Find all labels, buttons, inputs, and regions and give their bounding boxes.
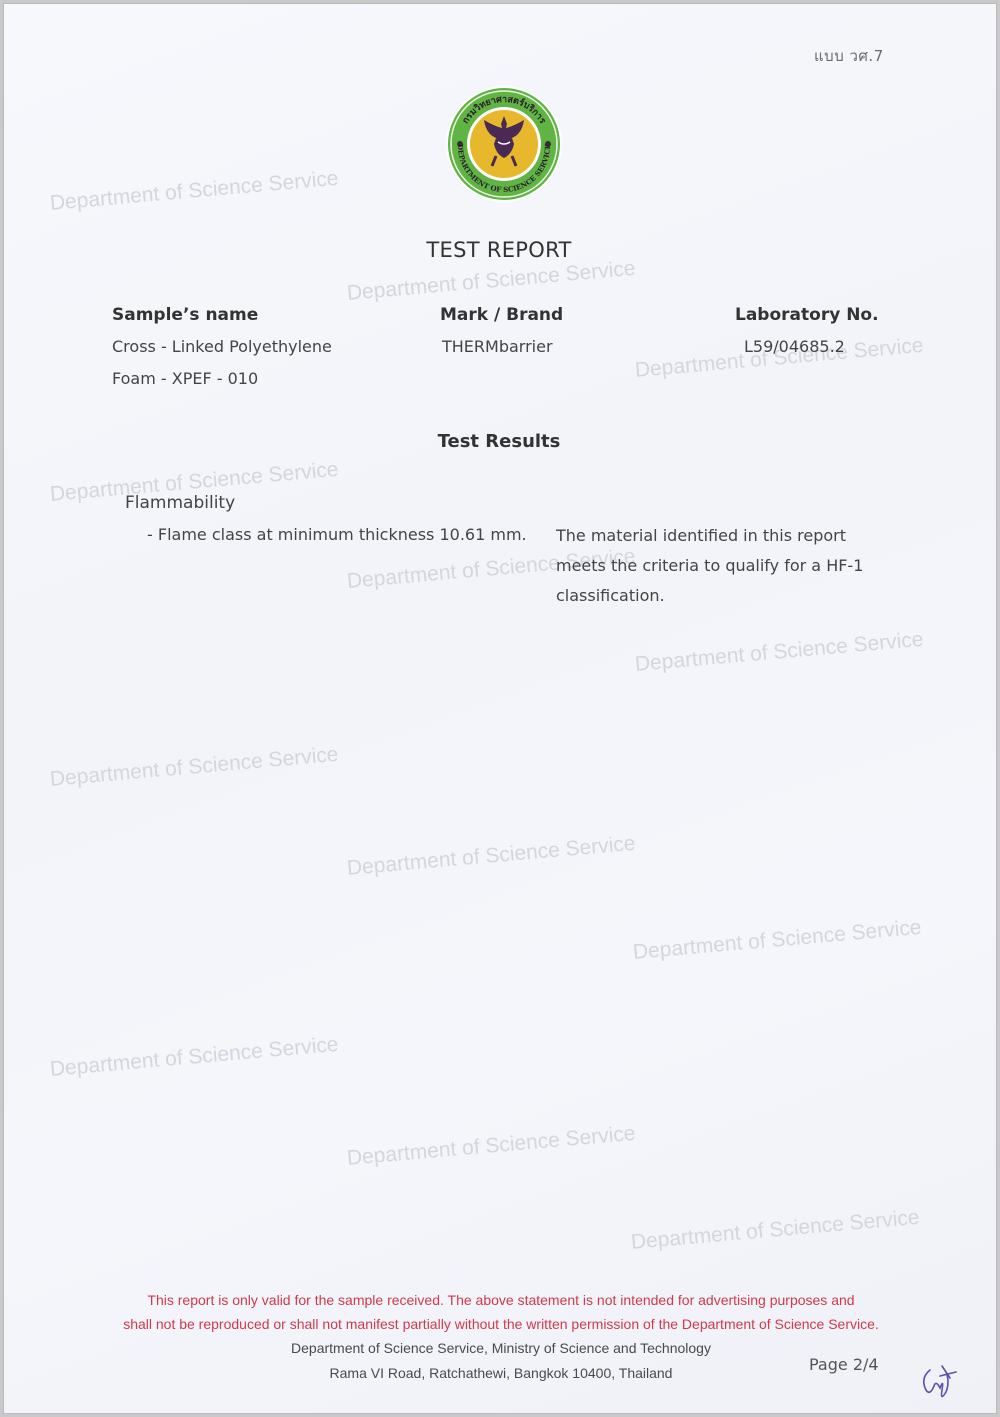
sample-name-line-2: Foam - XPEF - 010 [112, 369, 258, 388]
watermark: Department of Science Service [346, 1122, 636, 1171]
brand-value: THERMbarrier [442, 337, 553, 356]
watermark: Department of Science Service [346, 257, 636, 306]
signature-mark [916, 1356, 966, 1406]
lab-no-value: L59/04685.2 [744, 337, 845, 356]
result-line: The material identified in this report [556, 526, 846, 545]
page-number: Page 2/4 [809, 1355, 879, 1374]
watermark: Department of Science Service [634, 628, 924, 677]
test-item: - Flame class at minimum thickness 10.61… [147, 525, 527, 544]
test-category: Flammability [125, 493, 235, 513]
results-title: Test Results [4, 431, 994, 452]
form-code: แบบ วศ.7 [814, 44, 884, 68]
result-line: classification. [556, 586, 665, 605]
watermark: Department of Science Service [49, 743, 339, 792]
department-seal-logo: กรมวิทยาศาสตร์บริการ DEPARTMENT OF SCIEN… [440, 84, 568, 204]
disclaimer-line: This report is only valid for the sample… [4, 1292, 998, 1308]
document-page: แบบ วศ.7 กรมวิทยาศาสตร์บริการ DEPARTMENT… [3, 3, 997, 1414]
watermark: Department of Science Service [632, 916, 922, 965]
watermark: Department of Science Service [346, 832, 636, 881]
watermark: Department of Science Service [49, 1033, 339, 1082]
disclaimer-line: shall not be reproduced or shall not man… [4, 1316, 998, 1332]
report-title: TEST REPORT [4, 238, 994, 262]
result-line: meets the criteria to qualify for a HF-1 [556, 556, 863, 575]
sample-name-line-1: Cross - Linked Polyethylene [112, 337, 332, 356]
dept-address-line: Department of Science Service, Ministry … [4, 1340, 998, 1356]
sample-name-heading: Sample’s name [112, 305, 258, 325]
brand-heading: Mark / Brand [440, 305, 563, 325]
lab-no-heading: Laboratory No. [735, 305, 879, 325]
watermark: Department of Science Service [630, 1206, 920, 1255]
watermark: Department of Science Service [49, 167, 339, 216]
